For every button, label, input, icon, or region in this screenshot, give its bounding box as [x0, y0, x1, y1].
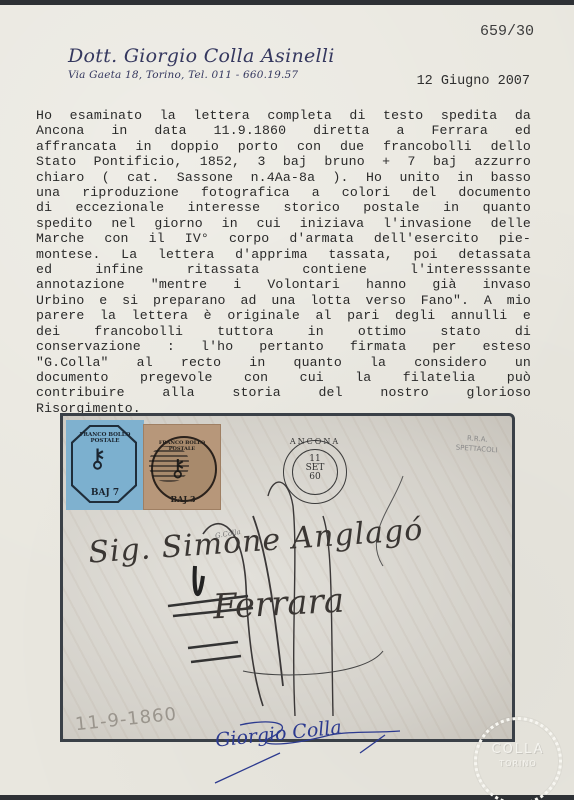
expert-name: Dott. Giorgio Colla Asinelli [68, 45, 335, 67]
addressee-city: Ferrara [212, 581, 345, 628]
ancona-postmark: ANCONA 11 SET 60 [283, 440, 347, 504]
body-line: di eccezionale interesse storico postale… [36, 200, 531, 215]
body-line: Urbino e si preparano ad una lotta verso… [36, 293, 531, 308]
body-line: "G.Colla" al recto in quanto la consider… [36, 355, 531, 370]
reference-number: 659/30 [480, 23, 534, 40]
grid-cancellation [149, 446, 189, 482]
body-line: affrancata in doppio porto con due franc… [36, 139, 531, 154]
body-line: annotazione "mentre i Volontari hanno gi… [36, 277, 531, 292]
body-line: conservazione : l'ho pertanto firmata pe… [36, 339, 531, 354]
expert-address: Via Gaeta 18, Torino, Tel. 011 - 660.19.… [68, 69, 335, 81]
certificate-date: 12 Giugno 2007 [417, 74, 530, 89]
body-line: Marche con il IV° corpo d'armata dell'es… [36, 231, 531, 246]
body-line: dei francobolli tuttora in ottimo stato … [36, 324, 531, 339]
body-line: ed infine ritassata contiene l'interesss… [36, 262, 531, 277]
stamp-7-baj-blue: FRANCO BOLLO POSTALE ⚷ BAJ 7 [66, 420, 144, 510]
body-line: spedito nel giorno in cui iniziava l'inv… [36, 216, 531, 231]
postmark-date: 11 SET 60 [284, 455, 346, 482]
certificate-sheet: 659/30 Dott. Giorgio Colla Asinelli Via … [0, 5, 574, 795]
body-line: contribuire alla storia del nostro glori… [36, 385, 531, 400]
body-line: parere la lettera è originale al pari de… [36, 308, 531, 323]
stamp-blue-value: BAJ 7 [82, 488, 128, 498]
body-line: chiaro ( cat. Sassone n.4Aa-8a ). Ho uni… [36, 170, 531, 185]
body-line: una riproduzione fotografica a colori de… [36, 185, 531, 200]
body-line: documento pregevole con cui la filatelia… [36, 370, 531, 385]
certificate-body: Ho esaminato la lettera completa di test… [36, 108, 531, 416]
pencil-annotation: R.R.A. SPETTACOLI [455, 433, 498, 456]
stamp-blue-legend: FRANCO BOLLO POSTALE [78, 432, 132, 444]
embossed-seal: COLLA TORINO [474, 717, 562, 800]
body-line: montese. La lettera d'apprima tassata, p… [36, 247, 531, 262]
postmark-city: ANCONA [284, 437, 346, 446]
body-line: Ho esaminato la lettera completa di test… [36, 108, 531, 123]
body-line: Stato Pontificio, 1852, 3 baj bruno + 7 … [36, 154, 531, 169]
cover-photo: FRANCO BOLLO POSTALE ⚷ BAJ 7 FRANCO BOLL… [60, 413, 515, 742]
papal-keys-icon: ⚷ [88, 444, 107, 474]
letterhead: Dott. Giorgio Colla Asinelli Via Gaeta 1… [68, 45, 335, 81]
body-line: Ancona in data 11.9.1860 diretta a Ferra… [36, 123, 531, 138]
stamp-brown-value: BAJ 3 [161, 494, 205, 504]
